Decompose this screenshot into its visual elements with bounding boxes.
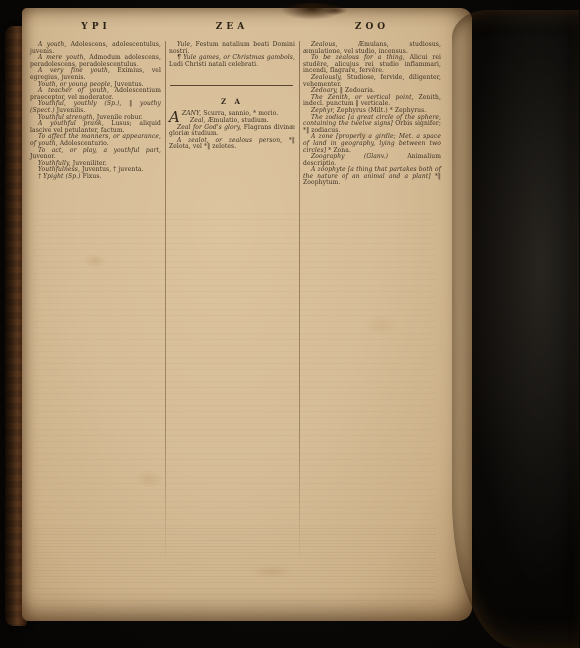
dictionary-entry: To be zealous for a thing, Alicui rei st…	[303, 55, 441, 75]
dictionary-entry: † Ypight (Sp.) Fixus.	[30, 174, 161, 181]
entry-headword: The Zenith, or vertical point,	[311, 94, 414, 101]
column-divider-right	[299, 41, 300, 586]
column-zea: Yule, Festum natalium beati Domini nostr…	[167, 41, 298, 586]
entry-headword: The zodiac [a great circle of the sphere…	[303, 114, 441, 128]
entry-headword: A youth,	[38, 41, 66, 48]
facing-blank-page	[452, 10, 579, 648]
entry-headword: Zoography (Glanv.)	[311, 153, 388, 160]
entry-headword: A youthful prank,	[38, 120, 104, 127]
dictionary-entry: A zoophyte [a thing that partakes both o…	[303, 167, 441, 187]
section-heading-za: Z A	[169, 97, 295, 106]
entry-headword: A zoophyte [a thing that partakes both o…	[303, 166, 441, 180]
dictionary-entry: ¶ Yule games, or Christmas gambols, Ludi…	[169, 55, 295, 68]
entry-headword: To be zealous for a thing,	[311, 54, 405, 61]
entry-headword: Yule,	[177, 41, 192, 48]
za-entries: AZANY, Scurra, sannio, * morio.Zeal, Æmu…	[169, 111, 295, 151]
page-content: YPI ZEA ZOO A youth, Adolescens, adolesc…	[28, 14, 444, 613]
column-zoo: Zealous, Æmulans, studiosus, æmulatione,…	[301, 41, 444, 586]
running-head-zea: ZEA	[164, 22, 300, 32]
entry-headword: A very fine youth,	[38, 67, 110, 74]
running-head-zoo: ZOO	[300, 22, 444, 32]
running-heads: YPI ZEA ZOO	[28, 22, 444, 32]
dictionary-entry: A zealot, or zealous person, *‖ Zelota, …	[169, 138, 295, 151]
entry-headword: Zealous,	[311, 41, 337, 48]
entry-headword: Youthful, youthly (Sp.), ‖ youthy (Spect…	[30, 100, 161, 114]
entry-headword: A mere youth,	[38, 54, 86, 61]
section-divider-rule	[170, 85, 293, 86]
entry-headword: To affect the manners, or appearance, of…	[30, 133, 161, 147]
entry-headword: ¶ Yule games, or Christmas gambols,	[177, 54, 295, 61]
entry-headword: Zealously,	[311, 74, 342, 81]
running-head-ypi: YPI	[28, 22, 164, 32]
book-photograph: YPI ZEA ZOO A youth, Adolescens, adolesc…	[0, 0, 580, 648]
column-ypi: A youth, Adolescens, adolescentulus, juv…	[28, 41, 164, 586]
dictionary-page: YPI ZEA ZOO A youth, Adolescens, adolesc…	[22, 8, 472, 621]
entry-headword: To act, or play, a youthful part,	[38, 147, 161, 154]
entry-headword: Zeal for God's glory,	[177, 124, 241, 131]
entry-headword: A teacher of youth,	[38, 87, 109, 94]
dictionary-entry: The zodiac [a great circle of the sphere…	[303, 115, 441, 135]
text-columns: A youth, Adolescens, adolescentulus, juv…	[28, 41, 444, 586]
entry-headword: A zone [properly a girdle; Met. a space …	[303, 133, 441, 153]
entry-headword: † Ypight (Sp.)	[38, 173, 81, 180]
column-divider-left	[165, 41, 166, 586]
yule-entries: Yule, Festum natalium beati Domini nostr…	[169, 42, 295, 68]
dictionary-entry: A zone [properly a girdle; Met. a space …	[303, 134, 441, 154]
dropcap-letter: A	[169, 111, 182, 123]
entry-headword: A zealot, or zealous person,	[177, 137, 282, 144]
